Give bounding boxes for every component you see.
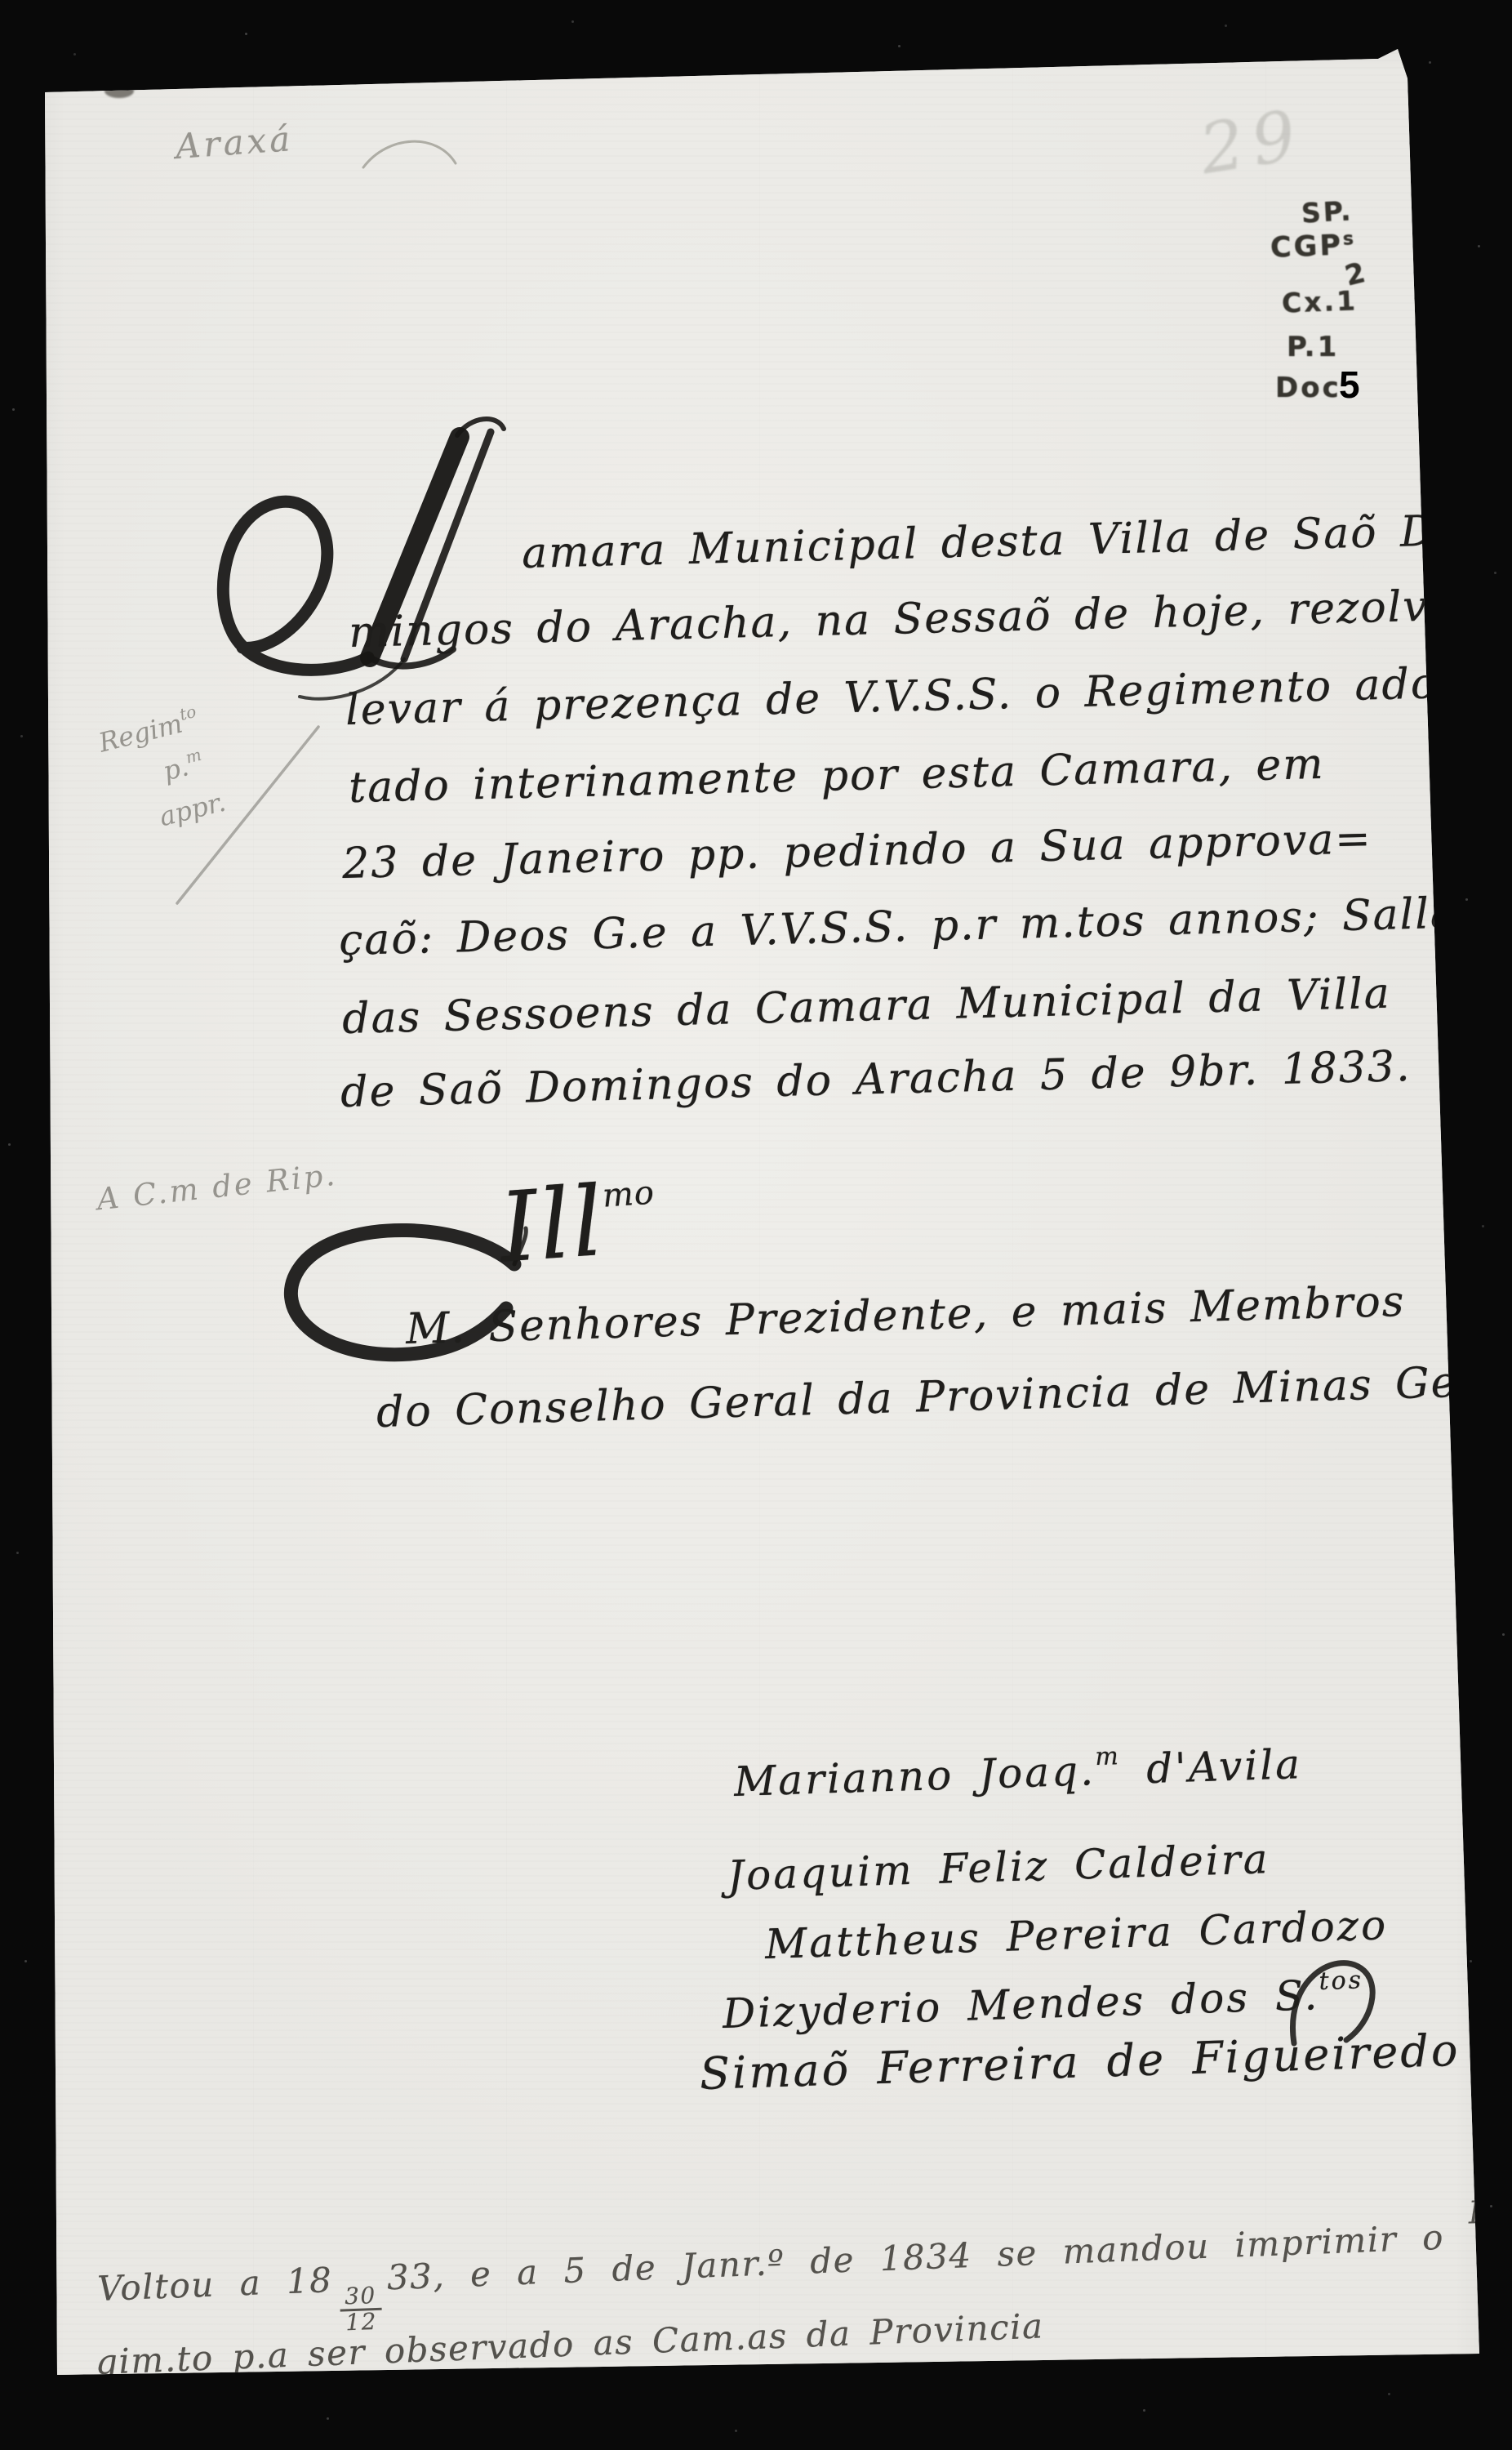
letter-line: 23 de Janeiro pp. pedindo a Sua approva=	[342, 814, 1373, 889]
stamp-doc-label: Doc	[1275, 372, 1341, 404]
stamp-series-main: CGP	[1270, 229, 1343, 265]
stamp-series: CGPs	[1270, 229, 1357, 265]
salutation-line: M. Senhores Prezidente, e mais Membros	[405, 1277, 1406, 1354]
docket-text-raised: Re	[1468, 2193, 1512, 2230]
signature-sup: m	[1095, 1742, 1122, 1771]
salutation-honorific: Illmo	[496, 1160, 660, 1284]
stamp-pasta: P.1	[1287, 331, 1339, 363]
letter-line: das Sessoens da Camara Municipal da Vill…	[342, 969, 1392, 1044]
docket-text: 33, e a 5 de Janr.º de 1834 se mandou im…	[386, 2217, 1445, 2298]
scanned-document-page: Araxá 29 SP. CGPs 2 Cx.1 P.1 Doc 5 amara…	[0, 0, 1512, 2450]
paper-edge-stain	[105, 84, 134, 98]
signature-text: Simaõ Ferreira de Figueiredo	[699, 2025, 1461, 2100]
salutation-honorific-main: Ill	[496, 1165, 607, 1285]
corner-annotation-flourish	[359, 131, 465, 188]
corner-annotation-pencil: Araxá	[174, 118, 294, 167]
letter-line: çaõ: Deos G.e a V.V.S.S. p.r m.tos annos…	[339, 889, 1458, 965]
ghost-number: 29	[1194, 95, 1310, 190]
margin-note-acm: A C.m de Rip.	[96, 1157, 339, 1218]
signature: Joaquim Feliz Caldeira	[727, 1835, 1270, 1900]
paper-sheet: Araxá 29 SP. CGPs 2 Cx.1 P.1 Doc 5 amara…	[0, 0, 1512, 2450]
salutation-honorific-sup: mo	[601, 1174, 656, 1214]
signature-text: Marianno Joaq.	[733, 1747, 1096, 1806]
signature: Dizyderio Mendes dos S.tos	[722, 1966, 1364, 2038]
pencil-slash-stroke	[167, 717, 331, 913]
scanner-bed-speckles	[245, 33, 247, 35]
signature-text: Joaquim Feliz Caldeira	[727, 1835, 1270, 1900]
letter-line: amara Municipal desta Villa de Saõ Do=	[522, 506, 1501, 578]
letter-line: tado interinamente por esta Camara, em	[349, 740, 1326, 813]
docket-date-fraction: 3012	[340, 2284, 383, 2335]
stamp-box: Cx.1	[1281, 284, 1358, 318]
docket-text: Voltou a 18	[96, 2260, 333, 2309]
signature-text: d'Avila	[1120, 1740, 1302, 1793]
stamp-fond: SP.	[1301, 194, 1354, 229]
signature-text: Dizyderio Mendes dos S.	[722, 1971, 1320, 2038]
stamp-series-sup: s	[1342, 229, 1356, 250]
signature: Marianno Joaq.m d'Avila	[733, 1736, 1303, 1806]
salutation-line: do Conselho Geral da Provincia de Minas …	[376, 1357, 1491, 1437]
signature: Simaõ Ferreira de Figueiredo	[699, 2025, 1461, 2100]
initial-flourish	[208, 412, 535, 706]
doc-number: 5	[1339, 363, 1360, 407]
letter-line: de Saõ Domingos do Aracha 5 de 9br. 1833…	[340, 1042, 1412, 1117]
